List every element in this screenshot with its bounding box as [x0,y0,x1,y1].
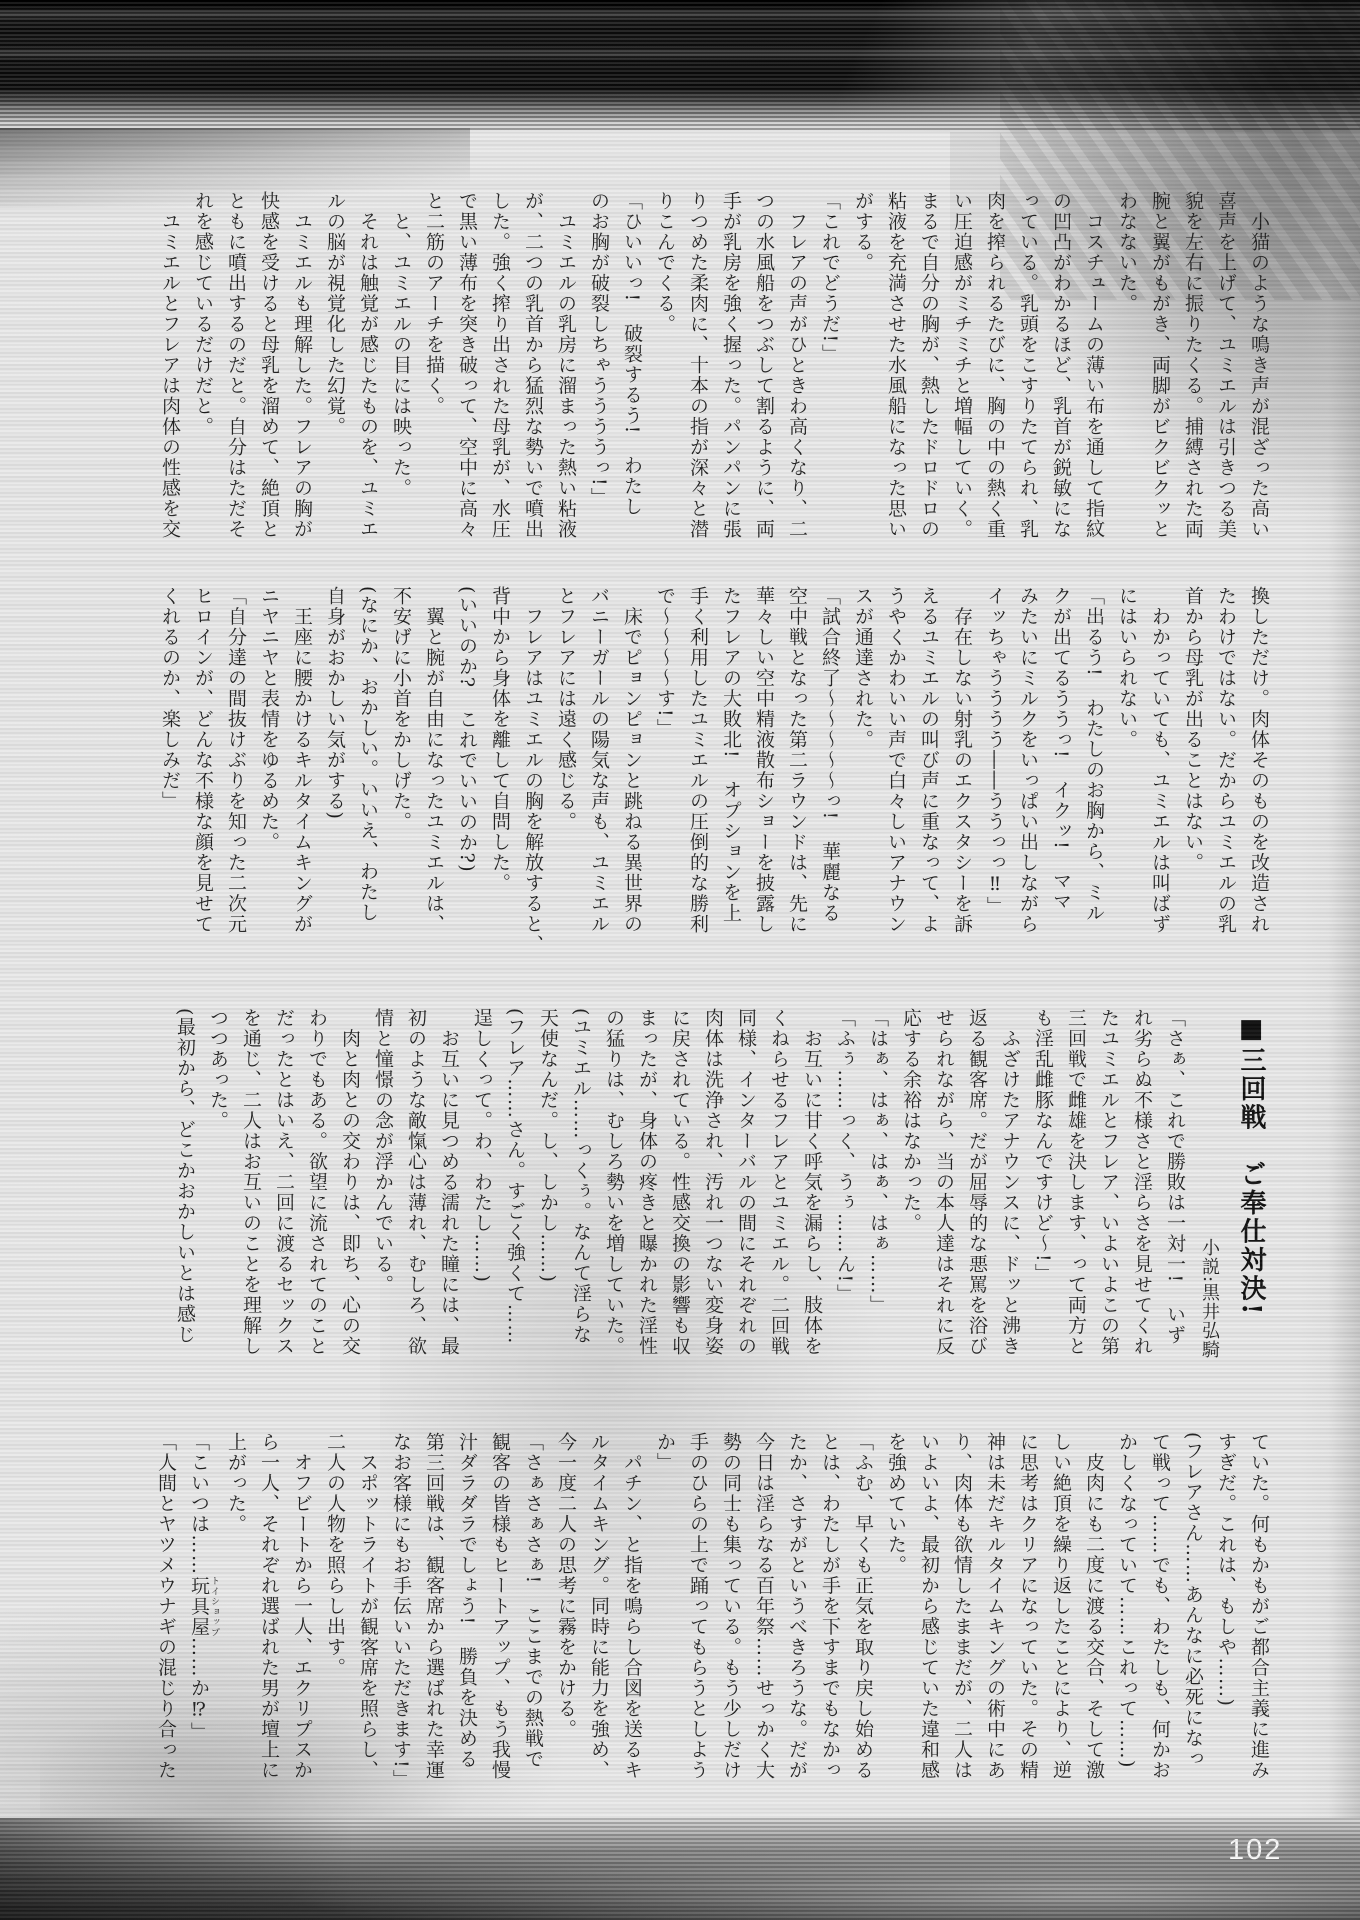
text-column: お互いに見つめる濡れた瞳には、最 [432,1008,465,1390]
text-column: たユミエルとフレア、いよいよこの第 [1092,1008,1125,1390]
text-column: 肉を搾られるたびに、胸の中の熱く重 [978,191,1011,563]
text-column: ていた。何もかもがご都合主義に進み [1242,1432,1275,1820]
text-column: 背中から身体を離して自問した。 [483,586,516,972]
top-photo-bar [0,0,1360,132]
text-column: 上がった。 [219,1432,252,1820]
text-column: 「人間とヤツメウナギの混じり合った [149,1432,182,1820]
text-column: えるユミエルの叫び声に重なって、よ [912,586,945,972]
text-column: かしくなっていて……これって……) [1110,1432,1143,1820]
text-column: の凹凸がわかるほど、乳首が鋭敏にな [1044,191,1077,563]
text-column: 腕と翼がもがき、両脚がビクビクッと [1143,191,1176,563]
text-column: りつめた柔肉に、十本の指が深々と潜 [681,191,714,563]
text-column: れ劣らぬ不様さと淫らさを見せてくれ [1125,1008,1158,1390]
text-column: て戦って……でも、わたしも、何かお [1143,1432,1176,1820]
text-column: 「出るう! わたしのお胸から、ミル [1077,586,1110,972]
text-column: か」 [648,1432,681,1820]
text-column: ルの脳が視覚化した幻覚。 [318,191,351,563]
text-column: たフレアの大敗北! オプションを上 [714,586,747,972]
text-column: 「こいつは……玩具屋トイショップ……か⁉」 [182,1432,219,1820]
text-column: お互いに甘く呼気を漏らし、肢体を [795,1008,828,1390]
text-column: フレアの声がひときわ高くなり、二 [780,191,813,563]
text-column: 応する余裕はなかった。 [894,1008,927,1390]
text-column: 「試合終了〜〜〜〜〜っ! 華麗なる [813,586,846,972]
text-column: 手く利用したユミエルの圧倒的な勝利 [681,586,714,972]
text-column: 皮肉にも二度に渡る交合、そして激 [1077,1432,1110,1820]
section-author: 小説:黒井弘騎 [1191,1008,1227,1390]
text-column: のお胸が破裂しちゃううううっ!」 [582,191,615,563]
text-column: 神は未だキルタイムキングの術中にあ [978,1432,1011,1820]
text-column: だったとはいえ、二回に渡るセックス [267,1008,300,1390]
text-column: パチン、と指を鳴らし合図を送るキ [615,1432,648,1820]
text-column: うやくかわいい声で白々しいアナウン [879,586,912,972]
text-column: 肉と肉との交わりは、即ち、心の交 [333,1008,366,1390]
text-column: スが通達された。 [846,586,879,972]
text-column: にはいられない。 [1110,586,1143,972]
text-column: コスチュームの薄い布を通して指紋 [1077,191,1110,563]
text-column: 「さぁさぁさぁ! ここまでの熱戦で [516,1432,549,1820]
text-column: 二人の人物を照らし出す。 [318,1432,351,1820]
text-column: わりでもある。欲望に流されてのこと [300,1008,333,1390]
text-column: 三回戦で雌雄を決します、って両方と [1059,1008,1092,1390]
text-column: ニヤニヤと表情をゆるめた。 [252,586,285,972]
text-column: それは触覚が感じたものを、ユミエ [351,191,384,563]
text-column: れを感じているだけだと。 [186,191,219,563]
text-column: 快感を受けると母乳を溜めて、絶頂と [252,191,285,563]
text-column: クが出てるううっ! イクッ! ママ [1044,586,1077,972]
text-column: 喜声を上げて、ユミエルは引きつる美 [1209,191,1242,563]
text-column: を強めていた。 [879,1432,912,1820]
text-column: 観客の皆様もヒートアップ、もう我慢 [483,1432,516,1820]
text-column: せられながら、当の本人達はそれに反 [927,1008,960,1390]
text-column: (ユミエル……っくぅ。なんて淫らな [564,1008,597,1390]
text-column: も淫乱雌豚なんですけど〜!」 [1026,1008,1059,1390]
text-column: まったが、身体の疼きと曝かれた淫性 [630,1008,663,1390]
text-band-4: ていた。何もかもがご都合主義に進みすぎだ。これは、もしや……)(フレアさん……あ… [149,1432,1275,1820]
text-column: の猛りは、むしろ勢いを増していた。 [597,1008,630,1390]
text-column: 今一度二人の思考に霧をかける。 [549,1432,582,1820]
text-column: 第三回戦は、観客席から選ばれた幸運 [417,1432,450,1820]
text-column: (フレア……さん。すごく強くて…… [498,1008,531,1390]
text-column: ユミエルも理解した。フレアの胸が [285,191,318,563]
text-column: 「さぁ、これで勝敗は一対一! いず [1158,1008,1191,1390]
text-column: 床でピョンピョンと跳ねる異世界の [615,586,648,972]
text-column: っている。乳頭をこすりたてられ、乳 [1011,191,1044,563]
text-column: ら一人、それぞれ選ばれた男が壇上に [252,1432,285,1820]
text-band-1: 小猫のような鳴き声が混ざった高い喜声を上げて、ユミエルは引きつる美貌を左右に振り… [153,191,1275,563]
text-column: 粘液を充満させた水風船になった思い [879,191,912,563]
text-column: (最初から、どこかおかしいとは感じ [168,1008,201,1390]
text-column: 勢の同士も集っている。もう少しだけ [714,1432,747,1820]
text-column: に思考はクリアになっていた。その精 [1011,1432,1044,1820]
section-heading: ■三回戦 ご奉仕対決! [1227,1008,1275,1390]
text-column: ヒロインが、どんな不様な顔を見せて [186,586,219,972]
text-column: した。強く搾り出された母乳が、水圧 [483,191,516,563]
text-band-3: ■三回戦 ご奉仕対決! 小説:黒井弘騎 「さぁ、これで勝敗は一対一! いずれ劣ら… [168,1008,1275,1390]
text-column: 初のような敵愾心は薄れ、むしろ、欲 [399,1008,432,1390]
text-column: 「自分達の間抜けぶりを知った二次元 [219,586,252,972]
text-column: に戻されている。性感交換の影響も収 [663,1008,696,1390]
text-column: とは、わたしが手を下すまでもなかっ [813,1432,846,1820]
text-column: 同様、インターバルの間にそれぞれの [729,1008,762,1390]
bottom-photo-bar [0,1818,1360,1920]
text-column: り、肉体も欲情したままだが、二人は [945,1432,978,1820]
text-column: 首から母乳が出ることはない。 [1176,586,1209,972]
text-column: 返る観客席。だが屈辱的な悪罵を浴び [960,1008,993,1390]
text-column: い圧迫感がミチミチと増幅していく。 [945,191,978,563]
text-column: 不安げに小首をかしげた。 [384,586,417,972]
text-column: 今日は淫らなる百年祭……せっかく大 [747,1432,780,1820]
text-column: とフレアには遠く感じる。 [549,586,582,972]
text-column: 情と憧憬の念が浮かんでいる。 [366,1008,399,1390]
text-column: が、二つの乳首から猛烈な勢いで噴出 [516,191,549,563]
text-column: 手が乳房を強く握った。パンパンに張 [714,191,747,563]
text-column: オフビートから一人、エクリプスか [285,1432,318,1820]
text-column: 自身がおかしい気がする) [318,586,351,972]
text-column: たわけではない。だからユミエルの乳 [1209,586,1242,972]
text-column: ふざけたアナウンスに、ドッと沸き [993,1008,1026,1390]
text-column: 華々しい空中精液散布ショーを披露し [747,586,780,972]
text-column: と二筋のアーチを描く。 [417,191,450,563]
text-column: 空中戦となった第二ラウンドは、先に [780,586,813,972]
text-column: 「ふむ、早くも正気を取り戻し始める [846,1432,879,1820]
text-column: 逞しくって。わ、わたし……) [465,1008,498,1390]
text-column: 「これでどうだ!」 [813,191,846,563]
text-column: ルタイムキング。同時に能力を強め、 [582,1432,615,1820]
text-column: 天使なんだ。し、しかし……) [531,1008,564,1390]
text-column: スポットライトが観客席を照らし、 [351,1432,384,1820]
text-column: しい絶頂を繰り返したことにより、逆 [1044,1432,1077,1820]
text-column: 貌を左右に振りたくる。捕縛された両 [1176,191,1209,563]
text-column: たか、さすがというべきろうな。だが [780,1432,813,1820]
text-column: イッちゃうううう――ううっっ‼」 [978,586,1011,972]
text-column: ユミエルとフレアは肉体の性感を交 [153,191,186,563]
text-column: まるで自分の胸が、熱したドロドロの [912,191,945,563]
text-band-2: 換しただけ。肉体そのものを改造されたわけではない。だからユミエルの乳首から母乳が… [153,586,1275,972]
text-column: 換しただけ。肉体そのものを改造され [1242,586,1275,972]
text-column: 「はぁ、はぁ、はぁ、はぁ……」 [861,1008,894,1390]
text-column: 存在しない射乳のエクスタシーを訴 [945,586,978,972]
text-column: 王座に腰かけるキルタイムキングが [285,586,318,972]
text-column: りこんでくる。 [648,191,681,563]
text-column: で〜〜〜〜す!」 [648,586,681,972]
text-column: 「ひいいっ! 破裂するう! わたし [615,191,648,563]
background-shade-right [1290,130,1360,1820]
text-column: がする。 [846,191,879,563]
text-column: を通じ、二人はお互いのことを理解し [234,1008,267,1390]
text-column: と、ユミエルの目には映った。 [384,191,417,563]
text-column: フレアはユミエルの胸を解放すると、 [516,586,549,972]
text-column: つつあった。 [201,1008,234,1390]
text-column: 汁ダラダラでしょう! 勝負を決める [450,1432,483,1820]
text-column: みたいにミルクをいっぱい出しながら [1011,586,1044,972]
text-column: で黒い薄布を突き破って、空中に高々 [450,191,483,563]
text-column: ともに噴出するのだと。自分はただそ [219,191,252,563]
text-column: 翼と腕が自由になったユミエルは、 [417,586,450,972]
text-column: ユミエルの乳房に溜まった熱い粘液 [549,191,582,563]
page-number: 102 [1228,1834,1282,1867]
text-column: わかっていても、ユミエルは叫ばず [1143,586,1176,972]
text-column: (なにか、おかしい。いいえ、わたし [351,586,384,972]
text-column: くれるのか、楽しみだ」 [153,586,186,972]
text-column: バニーガールの陽気な声も、ユミエル [582,586,615,972]
text-column: (いいのか? これでいいのか?) [450,586,483,972]
text-column: わなないた。 [1110,191,1143,563]
text-column: (フレアさん……あんなに必死になっ [1176,1432,1209,1820]
text-column: つの水風船をつぶして割るように、両 [747,191,780,563]
text-column: くねらせるフレアとユミエル。二回戦 [762,1008,795,1390]
text-column: 「ふぅ……っく、うぅ……ん!」 [828,1008,861,1390]
text-column: 手のひらの上で踊ってもらうとしよう [681,1432,714,1820]
text-column: 小猫のような鳴き声が混ざった高い [1242,191,1275,563]
text-column: いよいよ、最初から感じていた違和感 [912,1432,945,1820]
text-column: 肉体は洗浄され、汚れ一つない変身姿 [696,1008,729,1390]
text-column: なお客様にもお手伝いいただきます!」 [384,1432,417,1820]
text-column: すぎだ。これは、もしや……) [1209,1432,1242,1820]
